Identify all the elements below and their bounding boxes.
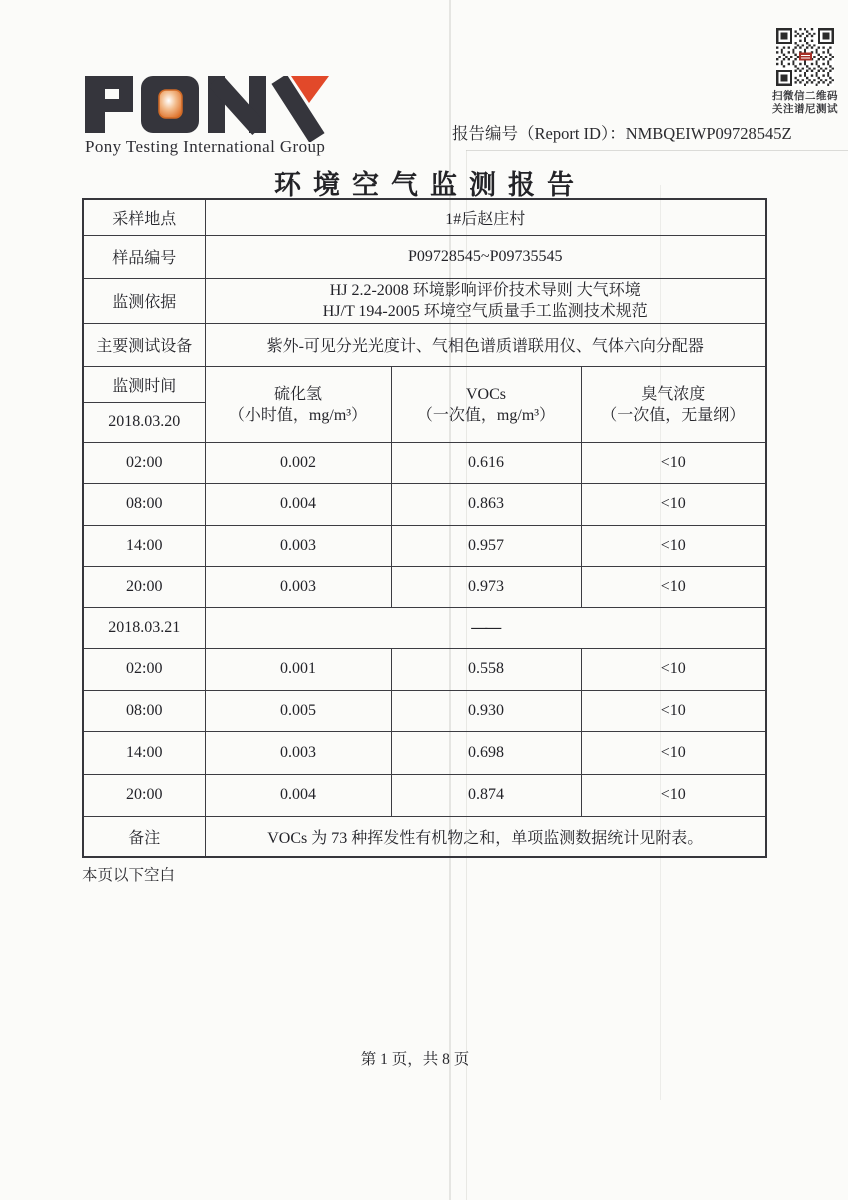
odor-cell: <10 [581,483,766,525]
info-label: 样品编号 [83,235,205,278]
monitoring-table-wrap: 采样地点 1#后赵庄村 样品编号 P09728545~P09735545 监测依… [82,198,767,858]
info-label: 监测依据 [83,278,205,323]
remark-text: VOCs 为 73 种挥发性有机物之和，单项监测数据统计见附表。 [205,816,766,857]
basis-line1: HJ 2.2-2008 环境影响评价技术导则 大气环境 [206,280,766,301]
time-cell: 02:00 [83,648,205,690]
info-label: 采样地点 [83,199,205,235]
below-blank-note: 本页以下空白 [82,863,175,885]
vocs-cell: 0.558 [391,648,581,690]
odor-cell: <10 [581,731,766,774]
vocs-cell: 0.874 [391,774,581,816]
info-row-sample-id: 样品编号 P09728545~P09735545 [83,235,766,278]
monitoring-table: 采样地点 1#后赵庄村 样品编号 P09728545~P09735545 监测依… [82,198,767,858]
h2s-cell: 0.004 [205,483,391,525]
qr-caption-line2: 关注谱尼测试 [766,103,844,116]
table-row: 20:00 0.003 0.973 <10 [83,566,766,607]
time-header-cell: 监测时间 [83,366,205,402]
qr-caption: 扫微信二维码 关注谱尼测试 [766,90,844,116]
h2s-cell: 0.003 [205,731,391,774]
pony-logo: Pony Testing International Group [85,76,329,157]
h2s-cell: 0.003 [205,525,391,566]
date-cell: 2018.03.20 [83,402,205,442]
scanned-report-page: Pony Testing International Group [0,0,848,1200]
qr-block: 扫微信二维码 关注谱尼测试 [766,28,844,116]
time-cell: 20:00 [83,774,205,816]
column-header-odor: 臭气浓度 （一次值，无量纲） [581,366,766,442]
odor-cell: <10 [581,648,766,690]
table-row: 14:00 0.003 0.698 <10 [83,731,766,774]
time-cell: 14:00 [83,525,205,566]
date-row-day2: 2018.03.21 —— [83,607,766,648]
report-id-label: 报告编号（Report ID）： [452,124,626,143]
odor-cell: <10 [581,525,766,566]
vocs-cell: 0.698 [391,731,581,774]
h2s-cell: 0.002 [205,442,391,483]
odor-cell: <10 [581,690,766,731]
h2s-cell: 0.005 [205,690,391,731]
no-data-dash: —— [205,607,766,648]
vocs-cell: 0.863 [391,483,581,525]
table-header-row: 监测时间 硫化氢 （小时值，mg/m³） VOCs （一次值，mg/m³） 臭气… [83,366,766,402]
info-value: HJ 2.2-2008 环境影响评价技术导则 大气环境 HJ/T 194-200… [205,278,766,323]
info-value: 1#后赵庄村 [205,199,766,235]
odor-cell: <10 [581,774,766,816]
info-row-main-equipment: 主要测试设备 紫外-可见分光光度计、气相色谱质谱联用仪、气体六向分配器 [83,323,766,366]
qr-code-icon [776,28,834,86]
info-value: P09728545~P09735545 [205,235,766,278]
info-label: 主要测试设备 [83,323,205,366]
time-cell: 20:00 [83,566,205,607]
time-cell: 02:00 [83,442,205,483]
h2s-cell: 0.004 [205,774,391,816]
vocs-cell: 0.973 [391,566,581,607]
info-value: 紫外-可见分光光度计、气相色谱质谱联用仪、气体六向分配器 [205,323,766,366]
odor-cell: <10 [581,442,766,483]
report-id-line: 报告编号（Report ID）：NMBQEIWP09728545Z [452,120,792,144]
date-cell: 2018.03.21 [83,607,205,648]
remark-row: 备注 VOCs 为 73 种挥发性有机物之和，单项监测数据统计见附表。 [83,816,766,857]
basis-line2: HJ/T 194-2005 环境空气质量手工监测技术规范 [206,301,766,322]
table-row: 20:00 0.004 0.874 <10 [83,774,766,816]
table-row: 02:00 0.001 0.558 <10 [83,648,766,690]
odor-cell: <10 [581,566,766,607]
info-row-monitoring-basis: 监测依据 HJ 2.2-2008 环境影响评价技术导则 大气环境 HJ/T 19… [83,278,766,323]
table-row: 14:00 0.003 0.957 <10 [83,525,766,566]
logo-subtitle: Pony Testing International Group [85,137,329,157]
page-title: 环境空气监测报告 [0,163,848,202]
column-header-vocs: VOCs （一次值，mg/m³） [391,366,581,442]
table-row: 08:00 0.004 0.863 <10 [83,483,766,525]
scan-artifact-horizontal-line [466,150,848,151]
time-cell: 08:00 [83,483,205,525]
vocs-cell: 0.930 [391,690,581,731]
report-id-value: NMBQEIWP09728545Z [626,124,792,143]
column-header-h2s: 硫化氢 （小时值，mg/m³） [205,366,391,442]
pony-logo-word-icon [85,76,329,142]
table-row: 02:00 0.002 0.616 <10 [83,442,766,483]
info-row-sampling-location: 采样地点 1#后赵庄村 [83,199,766,235]
vocs-cell: 0.957 [391,525,581,566]
vocs-cell: 0.616 [391,442,581,483]
time-cell: 14:00 [83,731,205,774]
remark-label: 备注 [83,816,205,857]
h2s-cell: 0.001 [205,648,391,690]
page-number: 第 1 页，共 8 页 [0,1047,830,1069]
time-cell: 08:00 [83,690,205,731]
h2s-cell: 0.003 [205,566,391,607]
table-row: 08:00 0.005 0.930 <10 [83,690,766,731]
qr-caption-line1: 扫微信二维码 [766,90,844,103]
